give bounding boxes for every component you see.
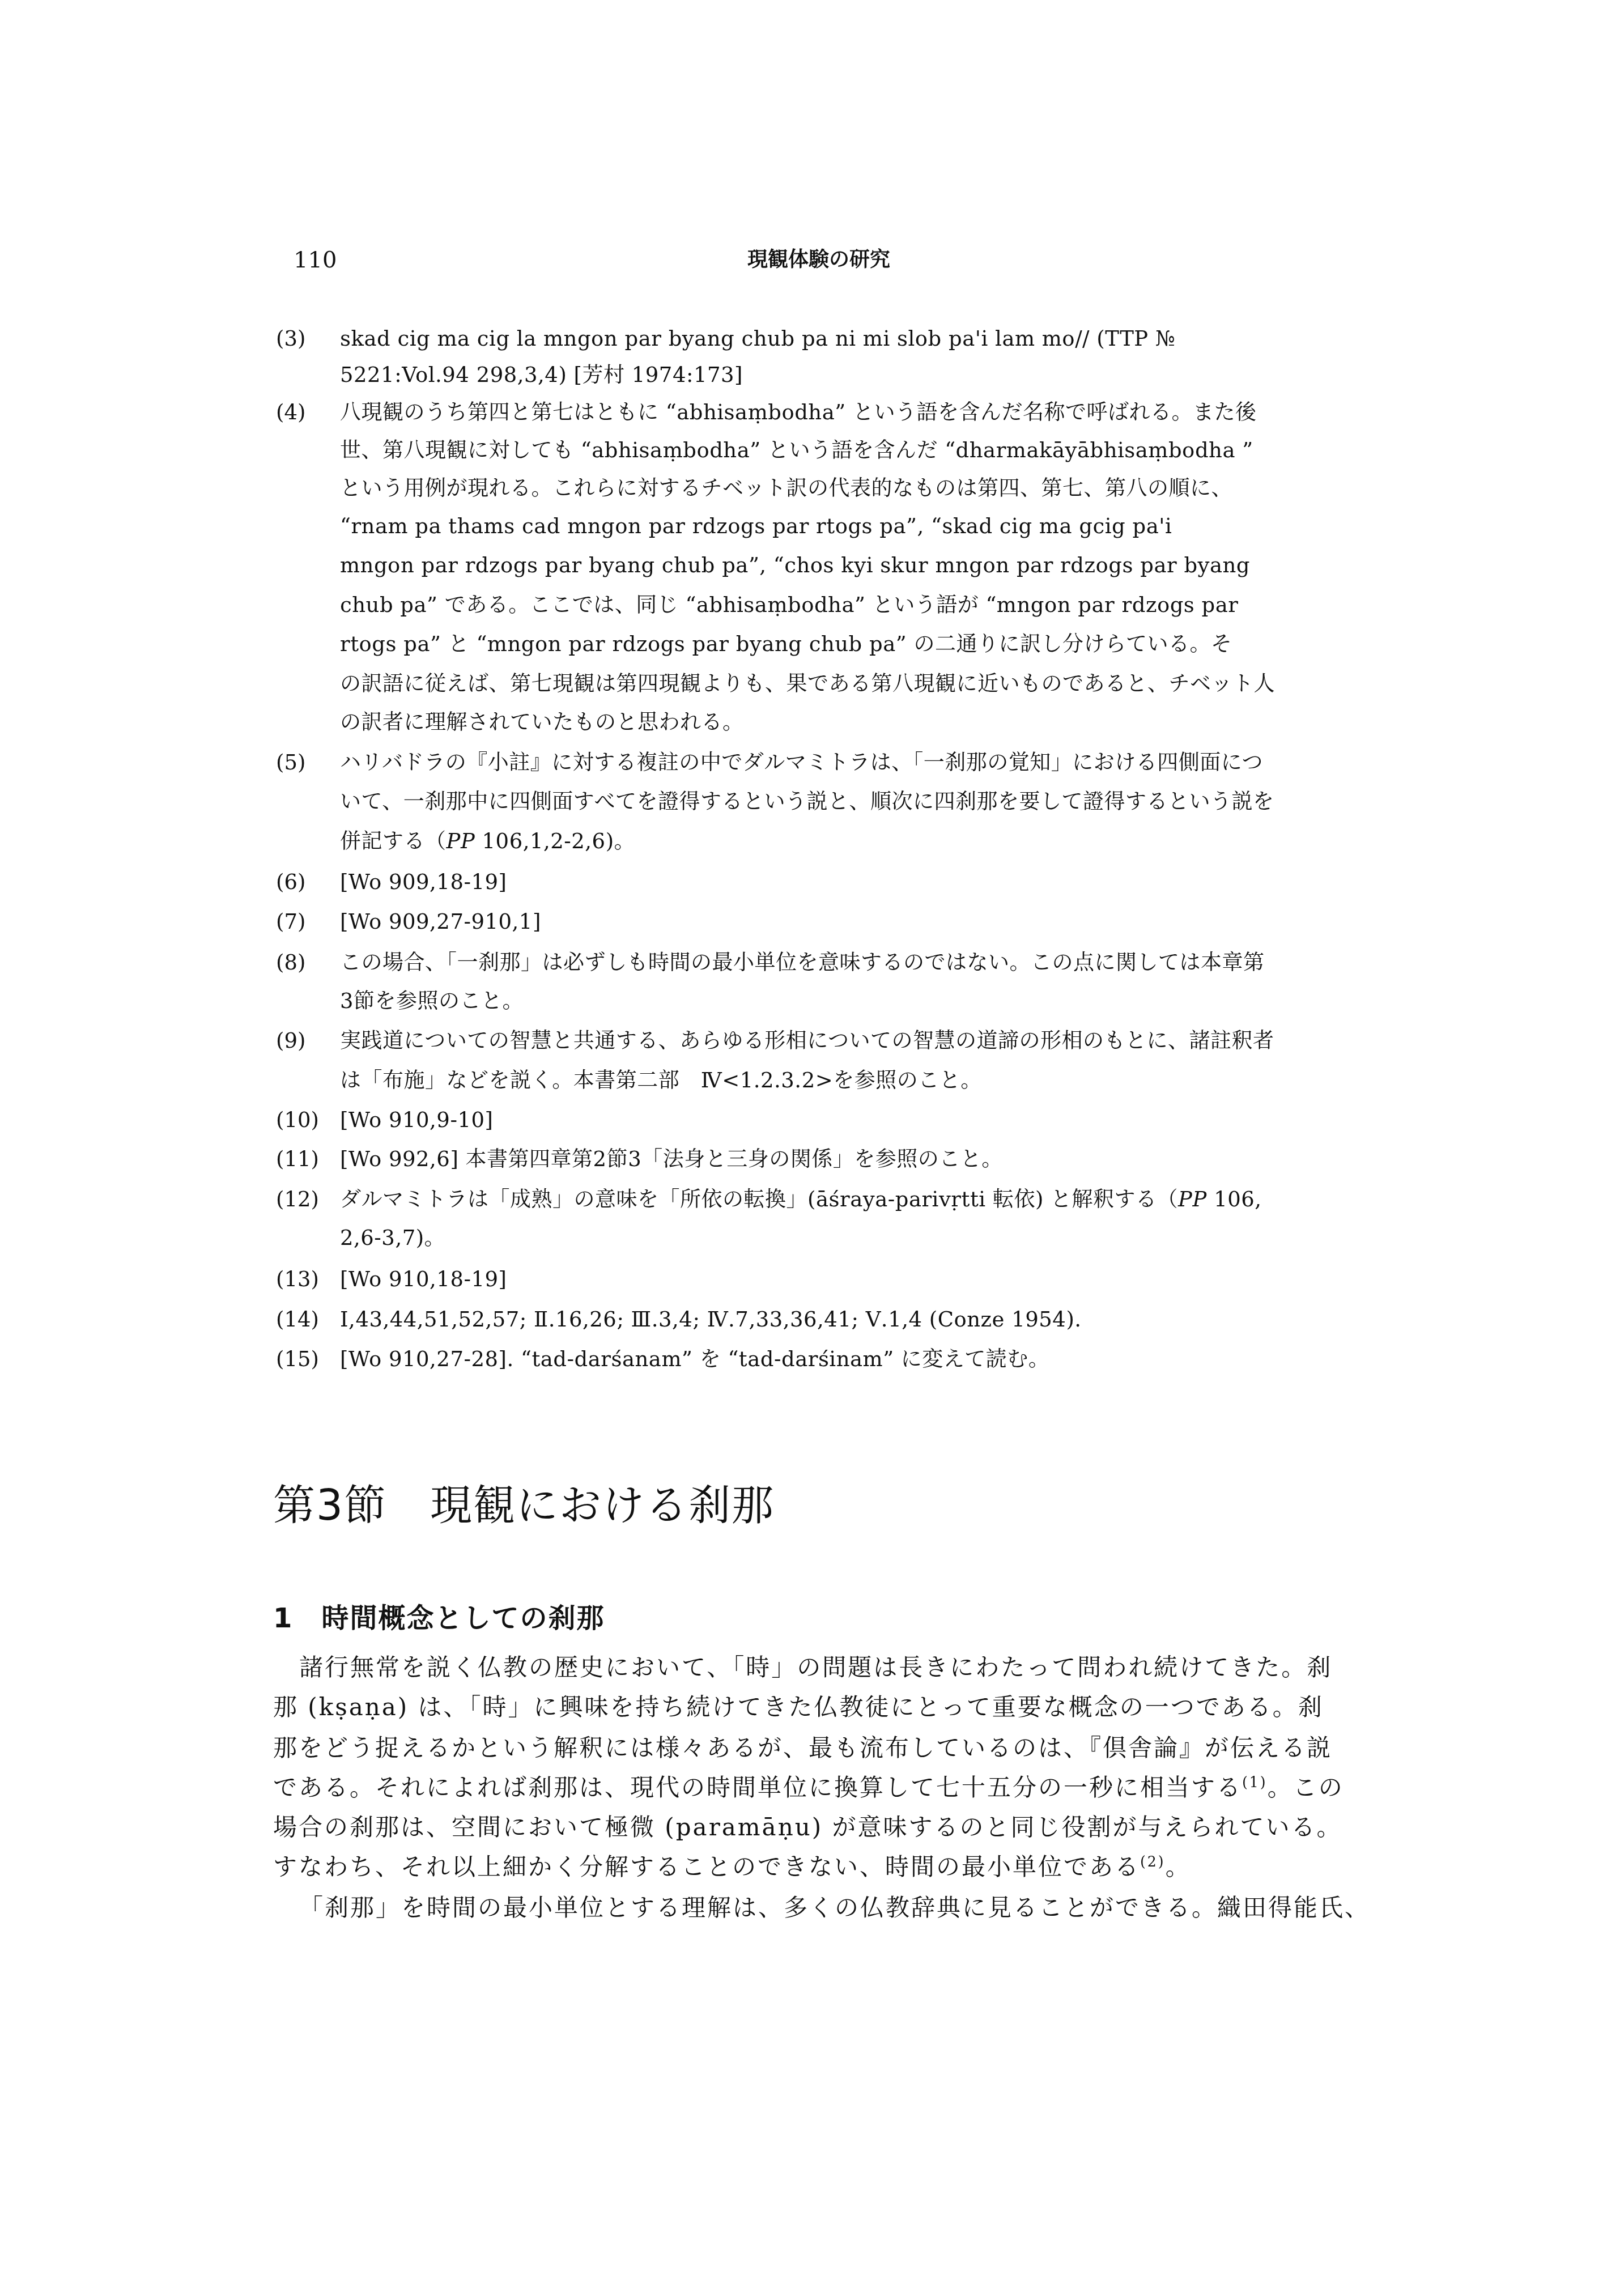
footnote-line: 2,6-3,7)。 bbox=[340, 1226, 445, 1251]
footnote-number: (5) bbox=[276, 750, 305, 775]
running-head-title: 現観体験の研究 bbox=[737, 247, 901, 273]
text-segment: 「刹那」を時間の最小単位とする理解は、多くの仏教辞典に見ることができる。織田得能… bbox=[299, 1894, 1370, 1921]
italic-abbrev: PP bbox=[447, 829, 475, 853]
footnote-number: (4) bbox=[276, 400, 305, 425]
footnote-line: いて、一刹那中に四側面すべてを證得するという説と、順次に四刹那を要して證得すると… bbox=[340, 789, 1274, 814]
italic-abbrev: PP bbox=[1178, 1187, 1207, 1211]
footnote-line: mngon par rdzogs par byang chub pa”, “ch… bbox=[340, 553, 1250, 578]
section-heading: 第3節 現観における刹那 bbox=[273, 1480, 775, 1531]
page-number: 110 bbox=[294, 247, 337, 273]
footnote-line: この場合、「一刹那」は必ずしも時間の最小単位を意味するのではない。この点に関して… bbox=[340, 950, 1265, 975]
footnote-line: chub pa” である。ここでは、同じ “abhisaṃbodha” という語… bbox=[340, 593, 1239, 618]
text-segment: 諸行無常を説く仏教の歴史において、「時」の問題は長きにわたって問われ続けてきた。… bbox=[299, 1653, 1332, 1681]
footnote-line: は「布施」などを説く。本書第二部 Ⅳ<1.2.3.2>を参照のこと。 bbox=[340, 1068, 982, 1093]
footnote-number: (7) bbox=[276, 909, 305, 934]
text-segment: 場合の刹那は、空間において極微 (paramāṇu) が意味するのと同じ役割が与… bbox=[273, 1813, 1342, 1841]
footnote-line: [Wo 910,9-10] bbox=[340, 1108, 493, 1133]
footnote-number: (15) bbox=[276, 1347, 319, 1372]
body-line: 「刹那」を時間の最小単位とする理解は、多くの仏教辞典に見ることができる。織田得能… bbox=[299, 1894, 1370, 1922]
footnote-line: ダルマミトラは「成熟」の意味を「所依の転換」(āśraya-parivṛtti … bbox=[340, 1187, 1262, 1212]
footnote-line: という用例が現れる。これらに対するチベット訳の代表的なものは第四、第七、第八の順… bbox=[340, 476, 1232, 501]
document-page: 110 現観体験の研究 (3)skad cig ma cig la mngon … bbox=[0, 0, 1624, 2296]
body-line: 那 (kṣaṇa) は、「時」に興味を持ち続けてきた仏教徒にとって重要な概念の一… bbox=[273, 1693, 1324, 1721]
text-segment: 106, bbox=[1207, 1187, 1262, 1211]
footnote-line: ハリバドラの『小註』に対する複註の中でダルマミトラは、「一刹那の覚知」における四… bbox=[340, 750, 1263, 775]
footnote-line: [Wo 909,27-910,1] bbox=[340, 909, 541, 934]
text-segment: 併記する（ bbox=[340, 829, 447, 853]
footnote-number: (12) bbox=[276, 1187, 319, 1212]
footnote-line: Ⅰ,43,44,51,52,57; Ⅱ.16,26; Ⅲ.3,4; Ⅳ.7,33… bbox=[340, 1307, 1082, 1332]
body-line: 場合の刹那は、空間において極微 (paramāṇu) が意味するのと同じ役割が与… bbox=[273, 1813, 1342, 1842]
footnote-line: [Wo 992,6] 本書第四章第2節3「法身と三身の関係」を参照のこと。 bbox=[340, 1147, 1003, 1172]
text-segment: 106,1,2-2,6)。 bbox=[475, 829, 635, 853]
footnote-line: [Wo 909,18-19] bbox=[340, 870, 507, 895]
footnote-line: skad cig ma cig la mngon par byang chub … bbox=[340, 326, 1176, 351]
footnote-number: (10) bbox=[276, 1108, 319, 1133]
footnote-line: [Wo 910,27-28]. “tad-darśanam” を “tad-da… bbox=[340, 1347, 1049, 1372]
footnote-number: (3) bbox=[276, 326, 305, 351]
footnote-number: (9) bbox=[276, 1028, 305, 1053]
text-segment: すなわち、それ以上細かく分解することのできない、時間の最小単位である bbox=[273, 1853, 1140, 1881]
text-segment: 那 (kṣaṇa) は、「時」に興味を持ち続けてきた仏教徒にとって重要な概念の一… bbox=[273, 1693, 1324, 1721]
footnote-line: [Wo 910,18-19] bbox=[340, 1267, 507, 1292]
body-line: である。それによれば刹那は、現代の時間単位に換算して七十五分の一秒に相当する(1… bbox=[273, 1774, 1344, 1802]
text-segment: 那をどう捉えるかという解釈には様々あるが、最も流布しているのは、『倶舎論』が伝え… bbox=[273, 1734, 1332, 1762]
footnote-number: (8) bbox=[276, 950, 305, 975]
footnote-line: の訳者に理解されていたものと思われる。 bbox=[340, 710, 744, 735]
body-line: 諸行無常を説く仏教の歴史において、「時」の問題は長きにわたって問われ続けてきた。… bbox=[299, 1653, 1332, 1682]
footnote-line: rtogs pa” と “mngon par rdzogs par byang … bbox=[340, 632, 1232, 657]
footnote-number: (13) bbox=[276, 1267, 319, 1292]
footnote-line: 5221:Vol.94 298,3,4) [芳村 1974:173] bbox=[340, 363, 743, 388]
footnote-line: 世、第八現観に対しても “abhisaṃbodha” という語を含んだ “dha… bbox=[340, 438, 1253, 463]
footnote-number: (11) bbox=[276, 1147, 319, 1172]
body-line: すなわち、それ以上細かく分解することのできない、時間の最小単位である(2)。 bbox=[273, 1853, 1191, 1881]
footnote-ref: (1) bbox=[1242, 1774, 1268, 1791]
subsection-heading: 1 時間概念としての刹那 bbox=[273, 1601, 605, 1635]
text-segment: 。この bbox=[1268, 1774, 1344, 1801]
footnote-line: 実践道についての智慧と共通する、あらゆる形相についての智慧の道諦の形相のもとに、… bbox=[340, 1028, 1274, 1053]
text-segment: である。それによれば刹那は、現代の時間単位に換算して七十五分の一秒に相当する bbox=[273, 1774, 1242, 1801]
text-segment: ダルマミトラは「成熟」の意味を「所依の転換」(āśraya-parivṛtti … bbox=[340, 1187, 1178, 1211]
footnote-line: “rnam pa thams cad mngon par rdzogs par … bbox=[340, 514, 1172, 539]
footnote-ref: (2) bbox=[1140, 1853, 1166, 1870]
footnote-line: 八現観のうち第四と第七はともに “abhisaṃbodha” という語を含んだ名… bbox=[340, 400, 1256, 425]
footnote-number: (14) bbox=[276, 1307, 319, 1332]
text-segment: 。 bbox=[1166, 1853, 1191, 1881]
footnote-line: 3節を参照のこと。 bbox=[340, 989, 524, 1014]
body-line: 那をどう捉えるかという解釈には様々あるが、最も流布しているのは、『倶舎論』が伝え… bbox=[273, 1734, 1332, 1762]
footnote-line: の訳語に従えば、第七現観は第四現観よりも、果である第八現観に近いものであると、チ… bbox=[340, 671, 1275, 696]
footnote-number: (6) bbox=[276, 870, 305, 895]
footnote-line: 併記する（PP 106,1,2-2,6)。 bbox=[340, 829, 635, 854]
